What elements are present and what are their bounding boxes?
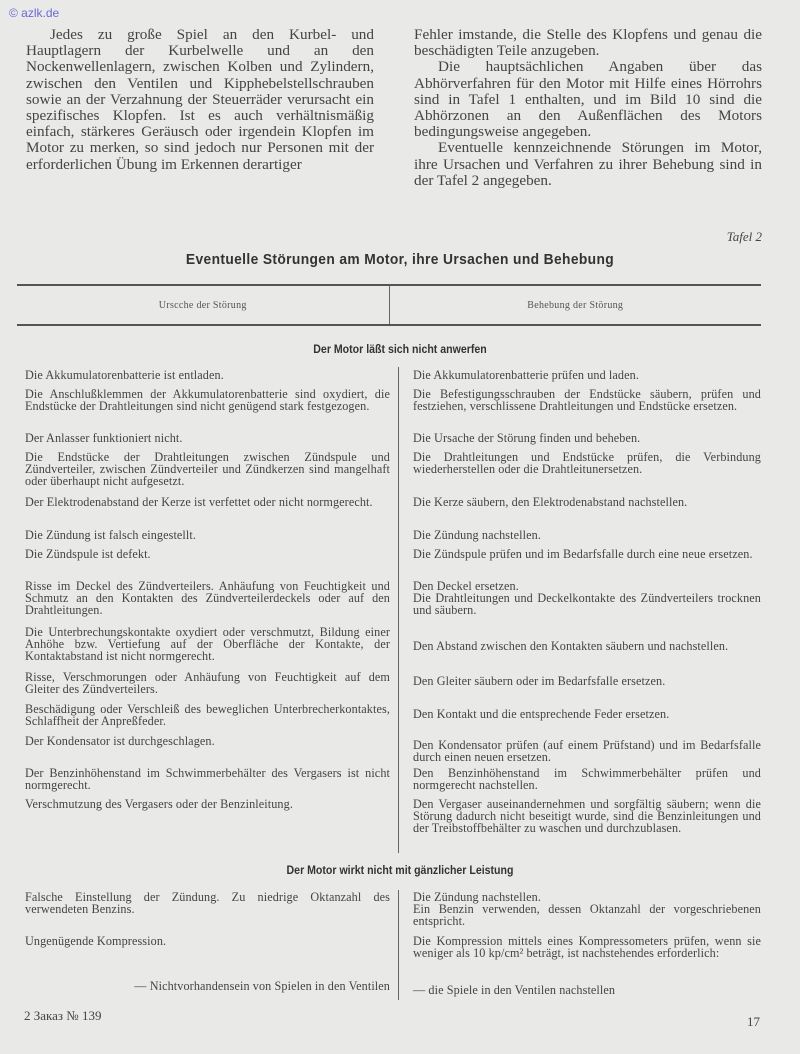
cause-cell: Risse, Verschmorungen oder Anhäufung von… (25, 672, 390, 696)
table-row: Die Unterbrechungskontakte oxydiert oder… (25, 627, 761, 662)
table-row: Der Kondensator ist durchgeschlagen. Den… (25, 736, 761, 764)
intro-right-column: Fehler imstande, die Stelle des Klopfens… (414, 27, 762, 189)
intro-paragraph: Eventuelle kennzeichnende Störungen im M… (414, 140, 762, 189)
cause-cell: Der Kondensator ist durchgeschlagen. (25, 736, 390, 764)
table-row: Die Zündung ist falsch eingestellt. Die … (25, 530, 761, 542)
fix-cell: Die Akkumulatorenbatterie prüfen und lad… (413, 370, 761, 382)
table-row: Der Anlasser funktioniert nicht. Die Urs… (25, 433, 761, 445)
cause-cell: Die Endstücke der Drahtleitungen zwische… (25, 452, 390, 487)
intro-paragraph: Jedes zu große Spiel an den Kurbel- und … (26, 27, 374, 173)
fix-cell: Den Kondensator prüfen (auf einem Prüfst… (413, 736, 761, 764)
cause-cell: Der Elektrodenabstand der Kerze ist verf… (25, 497, 390, 509)
cause-cell: Die Zündspule ist defekt. (25, 549, 390, 561)
fix-cell: Die Zündspule prüfen und im Bedarfsfalle… (413, 549, 761, 561)
table-row: Ungenügende Kompression. Die Kompression… (25, 936, 761, 960)
watermark: © azlk.de (9, 6, 59, 20)
fix-cell: Die Ursache der Störung finden und beheb… (413, 433, 761, 445)
fix-cell: Die Zündung nachstellen. (413, 530, 761, 542)
table-row: Die Akkumulatorenbatterie ist entladen. … (25, 370, 761, 382)
cause-cell: Falsche Einstellung der Zündung. Zu nied… (25, 892, 390, 927)
column-header-fix: Behebung der Störung (390, 286, 762, 324)
cause-cell: Der Anlasser funktioniert nicht. (25, 433, 390, 445)
fix-cell: Den Deckel ersetzen. Die Drahtleitungen … (413, 581, 761, 616)
print-order-number: 2 Заказ № 139 (24, 1008, 101, 1024)
fix-cell: Die Zündung nachstellen. Ein Benzin verw… (413, 892, 761, 927)
fix-cell: Den Vergaser auseinandernehmen und sorgf… (413, 799, 761, 834)
table-row: Die Zündspule ist defekt. Die Zündspule … (25, 549, 761, 561)
cause-cell: Verschmutzung des Vergasers oder der Ben… (25, 799, 390, 834)
table-row: Verschmutzung des Vergasers oder der Ben… (25, 799, 761, 834)
column-header-cause: Urscche der Störung (17, 286, 390, 324)
fix-cell: Den Benzinhöhenstand im Schwimmerbehälte… (413, 768, 761, 792)
fix-cell: Die Kompression mittels eines Kompressom… (413, 936, 761, 960)
cause-cell: Der Benzinhöhenstand im Schwimmerbehälte… (25, 768, 390, 792)
table-header: Urscche der Störung Behebung der Störung (17, 284, 761, 326)
fix-cell: Die Befestigungsschrauben der Endstücke … (413, 389, 761, 413)
table-row: Risse im Deckel des Zündverteilers. Anhä… (25, 581, 761, 616)
table-label: Tafel 2 (727, 229, 762, 245)
fix-cell: Die Drahtleitungen und Endstücke prüfen,… (413, 452, 761, 487)
fix-cell: — die Spiele in den Ventilen nachstellen (413, 981, 761, 997)
cause-cell: Die Anschlußklemmen der Akkumulatorenbat… (25, 389, 390, 413)
intro-text: Jedes zu große Spiel an den Kurbel- und … (26, 27, 762, 189)
table-row: Beschädigung oder Verschleiß des bewegli… (25, 704, 761, 728)
table-row: Die Endstücke der Drahtleitungen zwische… (25, 452, 761, 487)
cause-cell: Risse im Deckel des Zündverteilers. Anhä… (25, 581, 390, 616)
fix-cell: Den Abstand zwischen den Kontakten säube… (413, 627, 761, 662)
table-row: — Nichtvorhandensein von Spielen in den … (25, 981, 761, 997)
cause-cell: Die Zündung ist falsch eingestellt. (25, 530, 390, 542)
table-row: Der Benzinhöhenstand im Schwimmerbehälte… (25, 768, 761, 792)
cause-cell: Beschädigung oder Verschleiß des bewegli… (25, 704, 390, 728)
cause-cell: — Nichtvorhandensein von Spielen in den … (25, 981, 390, 997)
fix-cell: Die Kerze säubern, den Elektrodenabstand… (413, 497, 761, 509)
fix-cell: Den Kontakt und die entsprechende Feder … (413, 704, 761, 728)
intro-paragraph: Die hauptsächlichen Angaben über das Abh… (414, 59, 762, 140)
table-row: Die Anschlußklemmen der Akkumulatorenbat… (25, 389, 761, 413)
intro-left-column: Jedes zu große Spiel an den Kurbel- und … (26, 27, 374, 189)
section-title: Der Motor läßt sich nicht anwerfen (32, 344, 768, 356)
intro-paragraph: Fehler imstande, die Stelle des Klopfens… (414, 27, 762, 59)
cause-cell: Ungenügende Kompression. (25, 936, 390, 960)
page-number: 17 (747, 1014, 760, 1030)
cause-cell: Die Unterbrechungskontakte oxydiert oder… (25, 627, 390, 662)
cause-cell: Die Akkumulatorenbatterie ist entladen. (25, 370, 390, 382)
fix-cell: Den Gleiter säubern oder im Bedarfsfalle… (413, 672, 761, 696)
table-title: Eventuelle Störungen am Motor, ihre Ursa… (32, 251, 768, 268)
table-row: Falsche Einstellung der Zündung. Zu nied… (25, 892, 761, 927)
section-title: Der Motor wirkt nicht mit gänzlicher Lei… (32, 865, 768, 877)
table-row: Risse, Verschmorungen oder Anhäufung von… (25, 672, 761, 696)
table-row: Der Elektrodenabstand der Kerze ist verf… (25, 497, 761, 509)
